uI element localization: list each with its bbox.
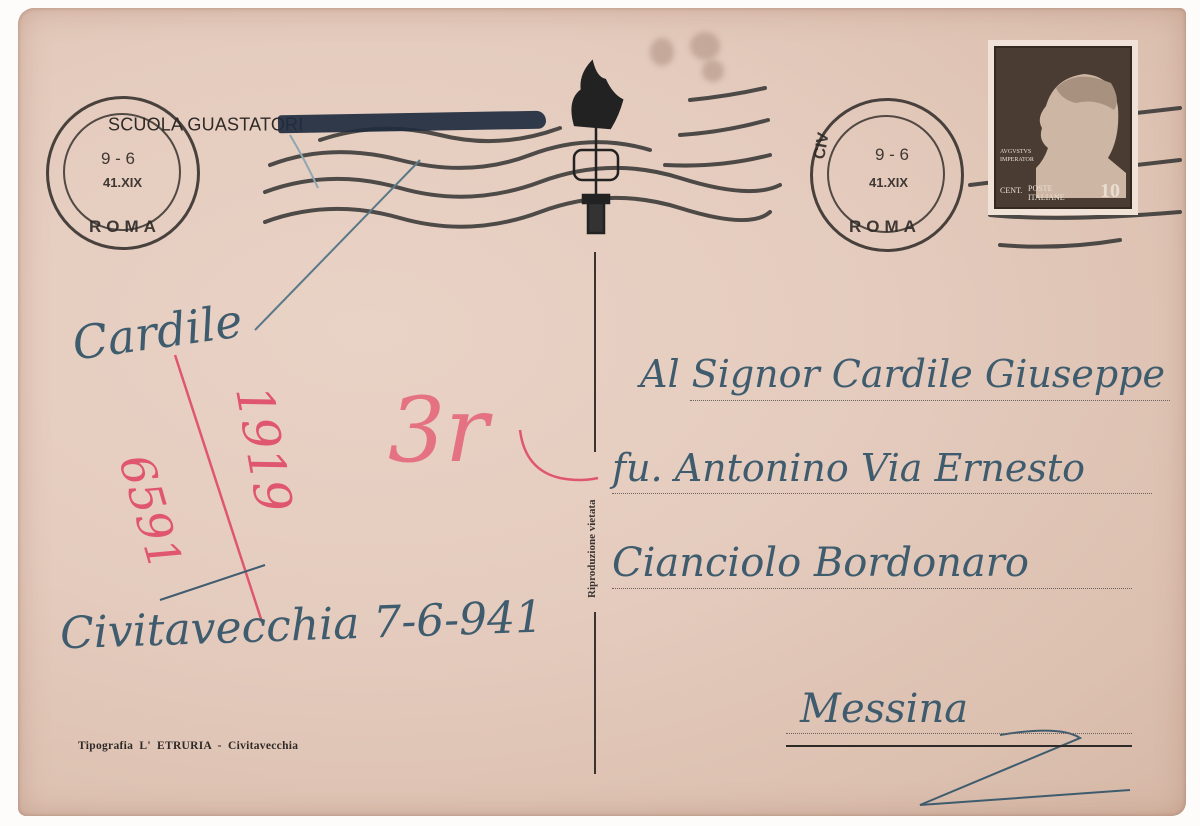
postmark-year: 41.XIX	[103, 175, 142, 190]
signature-flourish	[920, 731, 1130, 805]
address-street: fu. Antonino Via Ernesto	[612, 446, 1085, 490]
address-line-3	[612, 588, 1132, 589]
address-recipient: Al Signor Cardile Giuseppe	[640, 352, 1165, 396]
postmark-city: ROMA	[849, 217, 921, 237]
printer-credit: Tipografia L' ETRURIA - Civitavecchia	[78, 740, 298, 752]
divider-line-bottom	[594, 612, 596, 774]
red-mark: 3r	[388, 378, 488, 483]
flaming-dagger-icon	[573, 62, 622, 233]
wavy-cancel-left	[265, 128, 780, 227]
postmark-date: 9 - 6	[101, 149, 135, 169]
postmark-city: ROMA	[89, 217, 161, 237]
reproduction-notice: Riproduzione vietata	[586, 500, 598, 599]
wavy-cancel-mid	[665, 88, 770, 166]
postmark-date: 9 - 6	[875, 145, 909, 165]
address-line-1	[690, 400, 1170, 401]
sender-header: SCUOLA GUASTATORI	[108, 113, 303, 135]
stamp-legend: AVGVSTVS IMPERATOR	[1000, 148, 1046, 164]
address-city: Messina	[800, 686, 968, 732]
postage-stamp: AVGVSTVS IMPERATOR CENT. POSTE ITALIANE …	[988, 40, 1138, 215]
address-underline	[786, 745, 1132, 747]
address-line-2	[612, 493, 1152, 494]
stamp-currency: CENT.	[1000, 186, 1022, 195]
postmark-year: 41.XIX	[869, 175, 908, 190]
postmark-right: CIV 9 - 6 41.XIX ROMA	[810, 98, 964, 252]
stamp-frame: AVGVSTVS IMPERATOR CENT. POSTE ITALIANE …	[994, 46, 1132, 209]
stamp-denomination: 10	[1100, 180, 1120, 203]
stamp-country: POSTE ITALIANE	[1028, 184, 1088, 202]
address-town: Cianciolo Bordonaro	[612, 540, 1029, 586]
address-line-4	[786, 733, 1132, 734]
divider-line-top	[594, 252, 596, 452]
postmark-inner-ring	[827, 115, 945, 233]
